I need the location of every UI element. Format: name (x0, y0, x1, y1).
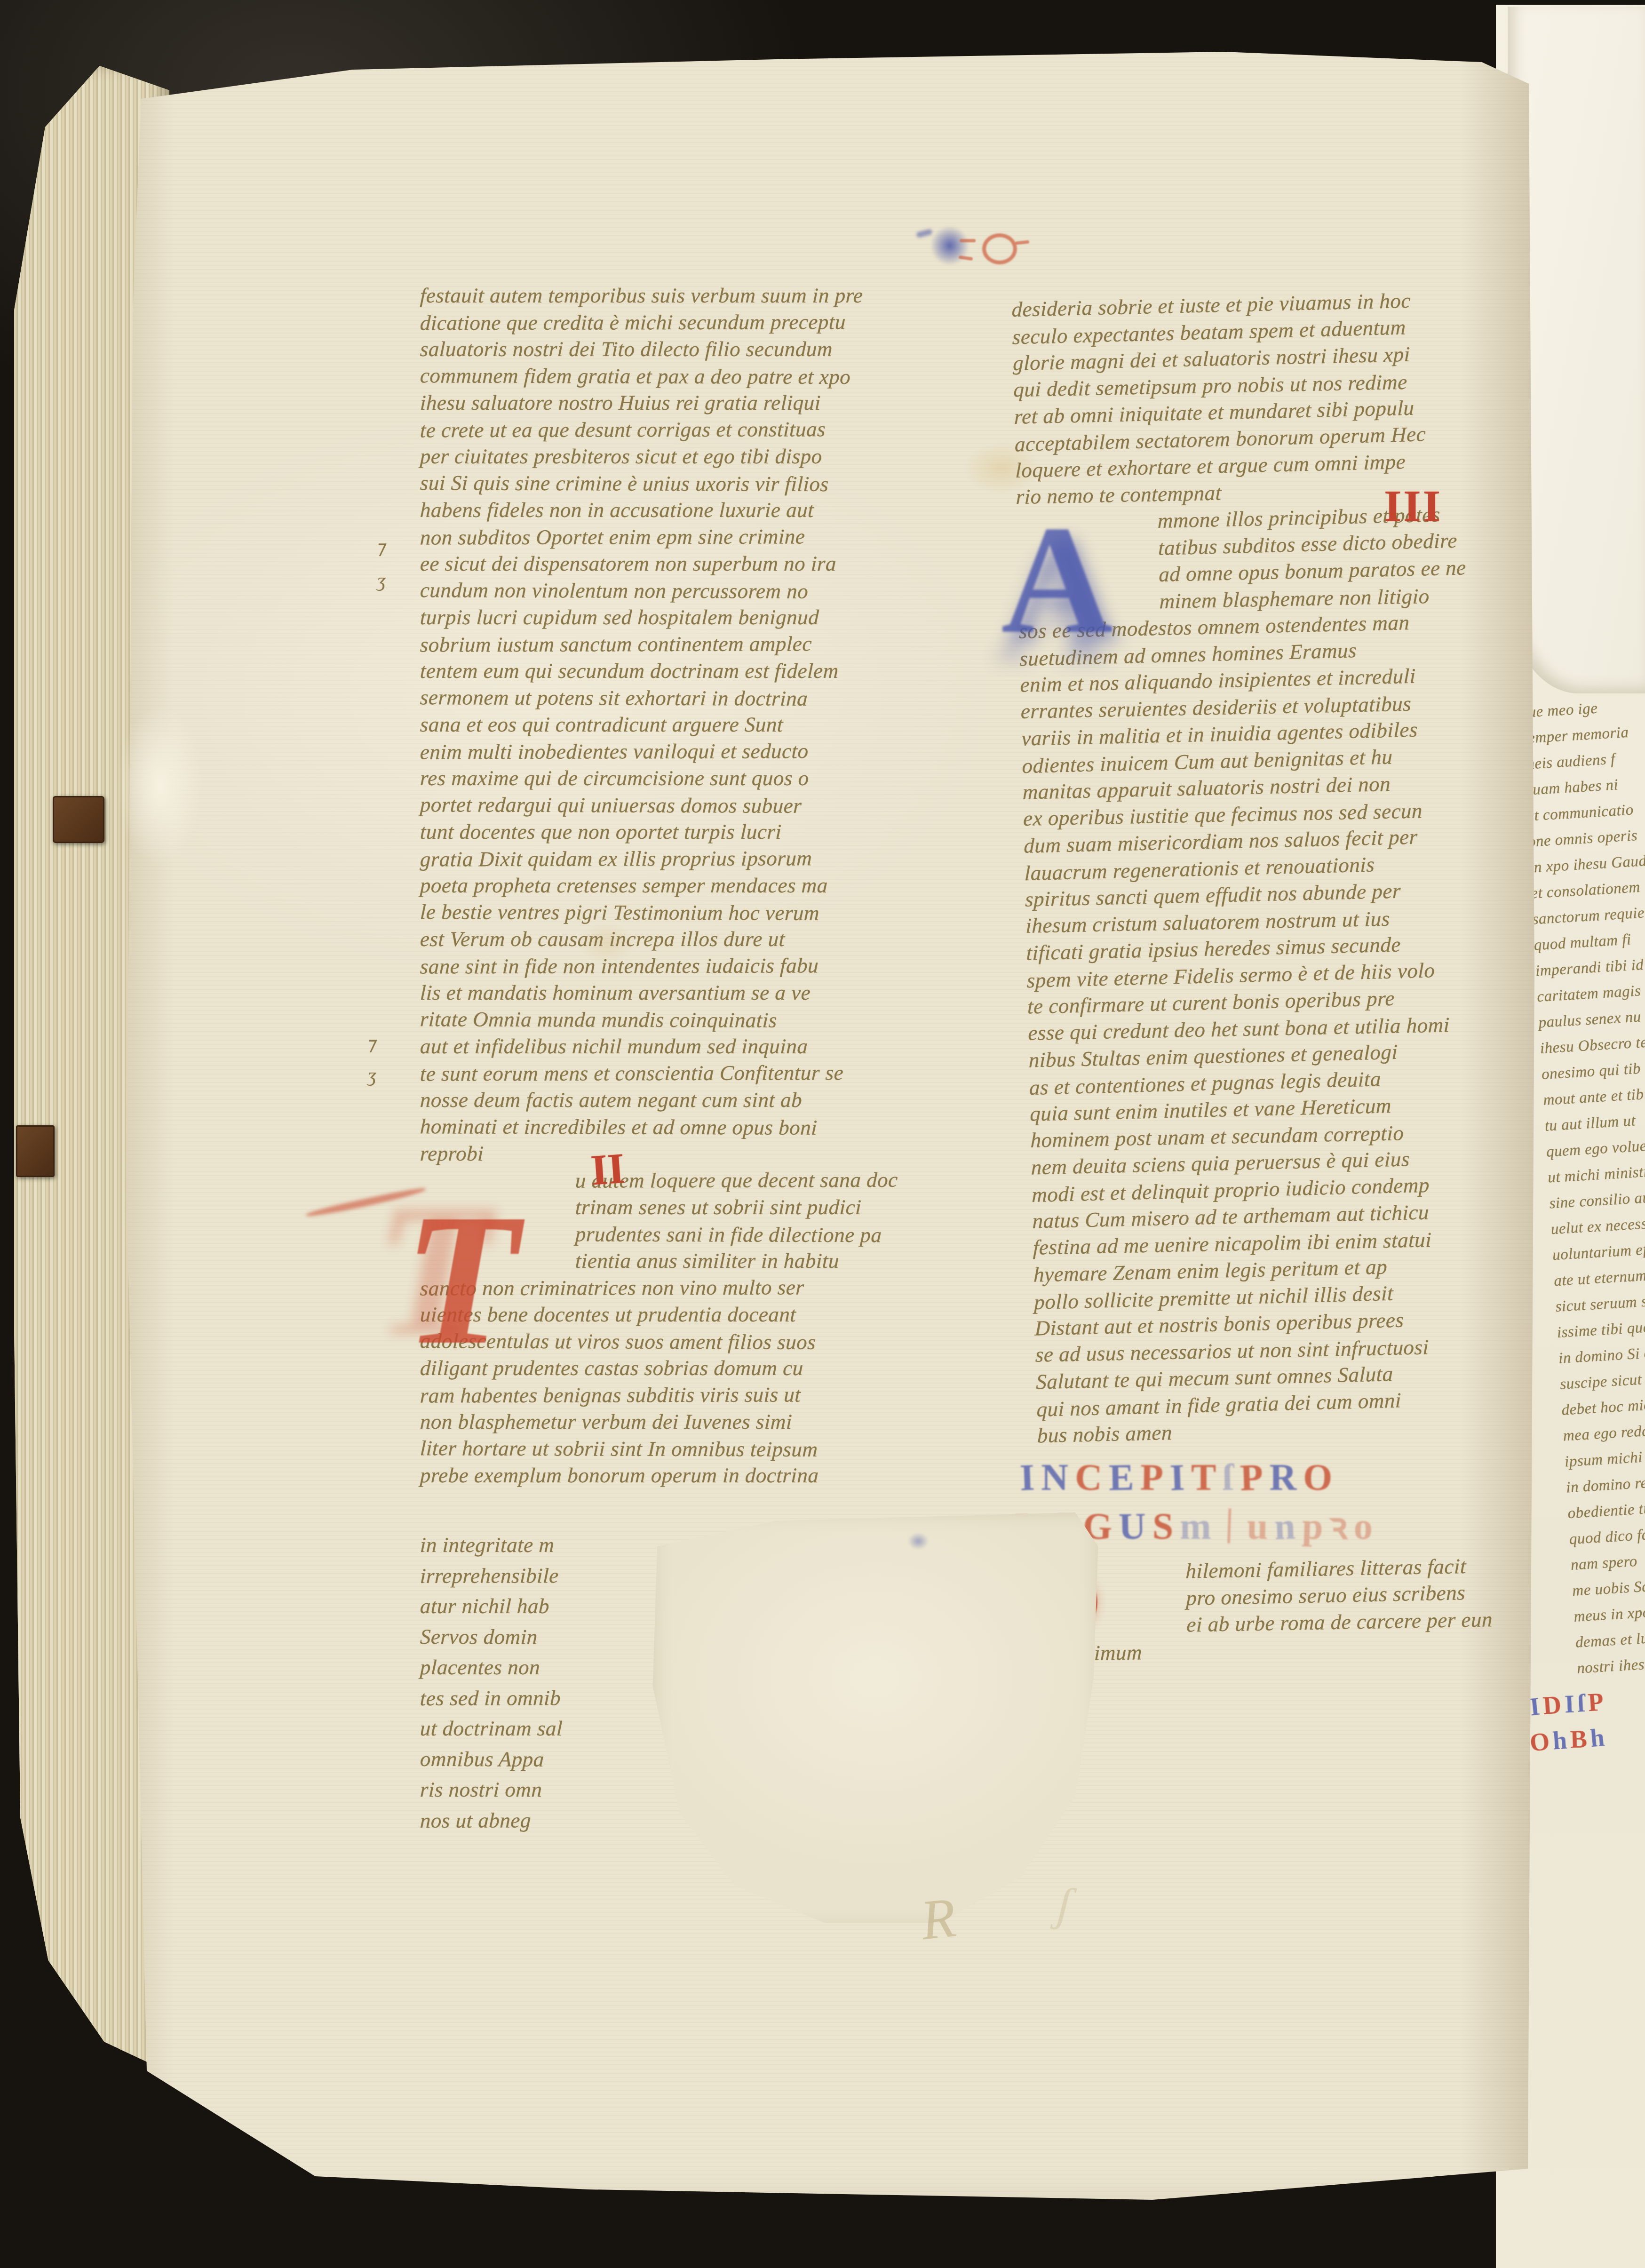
text-line: aut et infidelibus nichil mundum sed inq… (420, 1033, 947, 1060)
text-line: est Verum ob causam increpa illos dure u… (420, 926, 947, 953)
folio-number-red-o (982, 233, 1017, 264)
chapter-numeral-ii: II (589, 1143, 626, 1195)
rubric-letter: O (1528, 1726, 1554, 1758)
text-line: le bestie ventres pigri Testimonium hoc … (420, 899, 947, 927)
text-line: dicatione que credita è michi secundum p… (420, 309, 947, 337)
rubric-letter: I (1564, 1689, 1578, 1719)
text-line: sermonem ut potens sit exhortari in doct… (420, 684, 947, 713)
folio-mark-dash (960, 239, 976, 242)
margin-nota-mark: ʒ (377, 569, 386, 591)
text-column-right: desideria sobrie et iuste et pie viuamus… (1011, 284, 1573, 1449)
incipit-rubric-line1: INCEPIT ſ PRO (1020, 1456, 1339, 1499)
blue-smudge-on-patch (908, 1533, 929, 1550)
margin-nota-mark: ⁊ (366, 1033, 375, 1055)
rubric-letter: I (1169, 1456, 1192, 1500)
text-line: habens fideles non in accusatione luxuri… (420, 497, 947, 524)
rubric-letter: o (1353, 1505, 1380, 1549)
text-line: ram habentes benignas subditis viris sui… (420, 1381, 947, 1409)
text-line: turpis lucri cupidum sed hospitalem beni… (420, 604, 947, 631)
text-line: portet redargui qui uniuersas domos subu… (420, 791, 947, 820)
rubric-letter: ꝛ (1329, 1499, 1354, 1551)
margin-nota-mark: ⁊ (375, 536, 385, 558)
text-line: saluatoris nostri dei Tito dilecto filio… (420, 336, 947, 363)
pen-doodle: R (918, 1885, 959, 1953)
rubric-letter: P (1587, 1687, 1608, 1718)
text-line: res maxime qui de circumcisione sunt quo… (420, 765, 947, 792)
text-line: per ciuitates presbiteros sicut et ego t… (420, 443, 947, 470)
rubric-letter: O (1303, 1456, 1340, 1500)
rubric-letter: h (1589, 1722, 1609, 1753)
text-line: sane sint in fide non intendentes iudaic… (420, 952, 947, 980)
parchment-damage (118, 706, 202, 866)
rubric-letter: S (1152, 1505, 1180, 1548)
text-line: festauit autem temporibus suis verbum su… (420, 282, 947, 309)
text-line: te sunt eorum mens et conscientia Confit… (420, 1059, 947, 1088)
text-line: sui Si quis sine crimine è unius uxoris … (420, 470, 947, 498)
leather-index-tab (16, 1125, 55, 1177)
text-line: non blasphemetur verbum dei Iuvenes simi (420, 1409, 947, 1435)
leather-index-tab (53, 796, 104, 843)
manuscript-photo: { "colors":{"ink":"#8a7747","red":"#c445… (0, 0, 1645, 2268)
text-line: sana et eos qui contradicunt arguere Sun… (420, 711, 947, 738)
rubric-letter: B (1570, 1724, 1591, 1754)
rubric-letter: E (1108, 1456, 1141, 1499)
text-line: te crete ut ea que desunt corrigas et co… (420, 416, 947, 444)
rubric-letter: P (1140, 1456, 1170, 1499)
margin-nota-mark: ʒ (368, 1064, 376, 1086)
blue-initial-a: A (1001, 502, 1113, 658)
text-line: hominati et incredibiles et ad omne opus… (420, 1113, 947, 1142)
text-line: communem fidem gratia et pax a deo patre… (420, 362, 947, 391)
rubric-letter: D (1542, 1690, 1566, 1720)
text-line: poeta propheta cretenses semper mendaces… (420, 872, 947, 899)
text-line: gratia Dixit quidam ex illis proprius ip… (420, 845, 947, 873)
text-line: liter hortare ut sobrii sint In omnibus … (420, 1435, 947, 1464)
text-line: lis et mandatis hominum aversantium se a… (420, 979, 947, 1006)
rubric-letter: u (1247, 1505, 1275, 1548)
rubric-letter: ſ (1223, 1456, 1240, 1500)
text-line: ihesu saluatore nostro Huius rei gratia … (420, 390, 947, 416)
rubric-letter: T (1191, 1456, 1223, 1499)
rubric-letter: I (1019, 1456, 1041, 1500)
text-line: sobrium iustum sanctum continentem ample… (420, 630, 947, 659)
text-line: reprobi (420, 1140, 947, 1167)
rubric-letter: p (1301, 1505, 1330, 1549)
text-line: ee sicut dei dispensatorem non superbum … (420, 550, 947, 577)
chapter-numeral-iii: III (1384, 480, 1442, 532)
rubric-letter: h (1552, 1725, 1571, 1755)
text-line: prebe exemplum bonorum operum in doctrin… (420, 1462, 947, 1489)
rubric-letter: P (1239, 1456, 1270, 1500)
text-line: cundum non vinolentum non percussorem no (420, 577, 947, 605)
text-line: nosse deum factis autem negant cum sint … (420, 1087, 947, 1114)
rubric-letter: C (1074, 1456, 1109, 1500)
rubric-letter: n (1274, 1505, 1303, 1549)
rubric-letter: U (1118, 1505, 1152, 1548)
red-initial-t: T (404, 1186, 518, 1374)
text-line: ritate Omnia munda mundis coinquinatis (420, 1006, 947, 1035)
text-line: enim multi inobedientes vaniloqui et sed… (420, 738, 947, 766)
rubric-letter: m (1180, 1505, 1218, 1548)
rubric-letter: R (1270, 1456, 1303, 1499)
text-line: non subditos Oportet enim epm sine crimi… (420, 523, 947, 551)
text-line: tunt docentes que non oportet turpis luc… (420, 819, 947, 845)
rubric-letter: ᛁ (1217, 1505, 1248, 1549)
text-line: tentem eum qui secundum doctrinam est fi… (420, 658, 947, 684)
rubric-letter: N (1041, 1456, 1075, 1499)
